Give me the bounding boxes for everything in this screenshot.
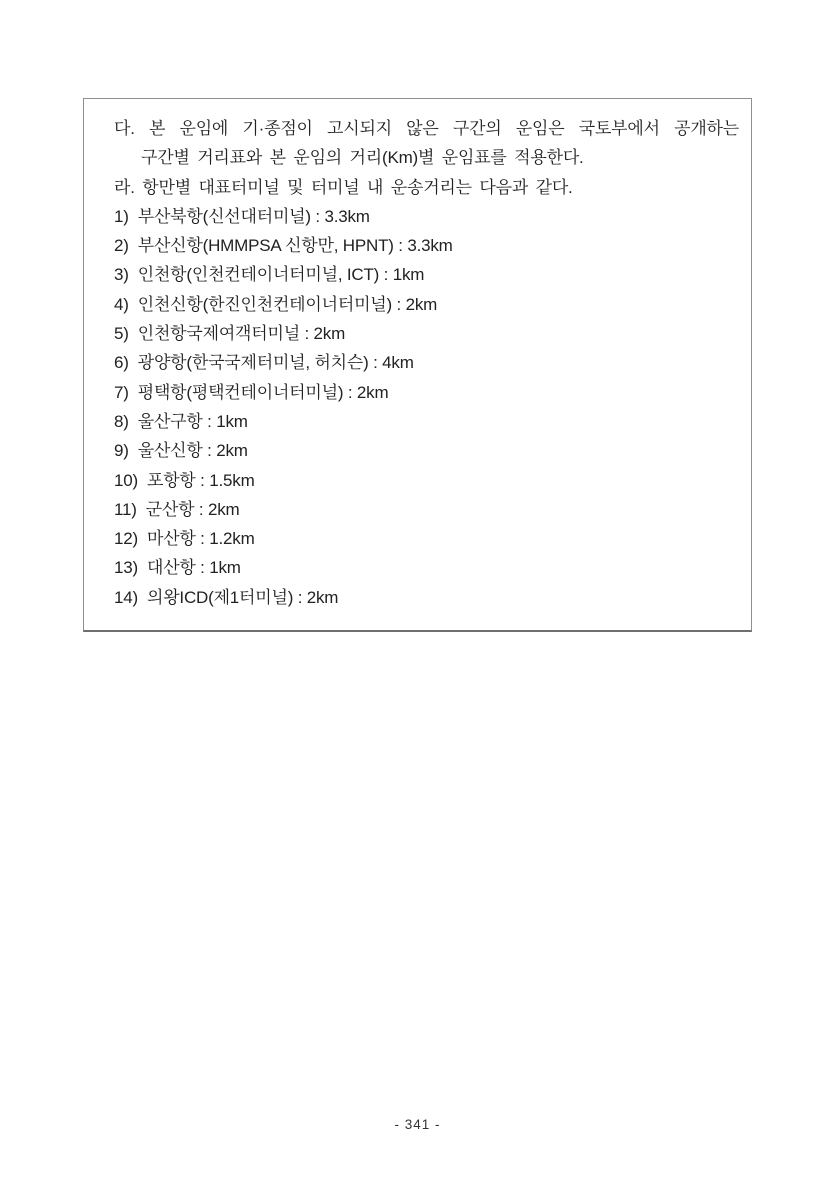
terminal-separator: :: [379, 265, 393, 284]
terminal-separator: :: [196, 529, 210, 548]
terminal-number: 11): [114, 495, 137, 524]
terminal-name: 평택항(평택컨테이너터미널): [138, 383, 344, 402]
page-number: - 341 -: [0, 1117, 835, 1132]
terminal-separator: :: [300, 324, 314, 343]
terminal-separator: :: [369, 353, 383, 372]
content-box: 다. 본 운임에 기·종점이 고시되지 않은 구간의 운임은 국토부에서 공개하…: [83, 98, 752, 632]
terminal-list-item: 4)인천신항(한진인천컨테이너터미널) : 2km: [114, 290, 739, 319]
terminal-number: 13): [114, 553, 138, 582]
terminal-name: 대산항: [147, 558, 196, 577]
terminal-name: 포항항: [147, 471, 196, 490]
terminal-distance: 2km: [208, 500, 240, 519]
terminal-number: 1): [114, 202, 129, 231]
terminal-distance: 2km: [216, 441, 248, 460]
terminal-list-item: 2)부산신항(HMMPSA 신항만, HPNT) : 3.3km: [114, 231, 739, 260]
terminal-name: 인천항국제여객터미널: [138, 324, 300, 343]
terminal-number: 9): [114, 436, 129, 465]
terminal-name: 광양항(한국국제터미널, 허치슨): [138, 353, 369, 372]
terminal-separator: :: [196, 558, 210, 577]
terminal-distance: 1km: [216, 412, 248, 431]
terminal-separator: :: [311, 207, 325, 226]
terminal-list-item: 1)부산북항(신선대터미널) : 3.3km: [114, 202, 739, 231]
paragraph-da-line1: 다. 본 운임에 기·종점이 고시되지 않은 구간의 운임은 국토부에서 공개하…: [114, 114, 739, 143]
terminal-separator: :: [343, 383, 357, 402]
terminal-list: 1)부산북항(신선대터미널) : 3.3km 2)부산신항(HMMPSA 신항만…: [114, 202, 739, 612]
terminal-list-item: 7)평택항(평택컨테이너터미널) : 2km: [114, 378, 739, 407]
terminal-distance: 2km: [314, 324, 346, 343]
terminal-number: 14): [114, 583, 138, 612]
terminal-name: 군산항: [146, 500, 195, 519]
paragraph-da: 다. 본 운임에 기·종점이 고시되지 않은 구간의 운임은 국토부에서 공개하…: [114, 114, 739, 173]
terminal-distance: 3.3km: [324, 207, 369, 226]
terminal-distance: 3.3km: [407, 236, 452, 255]
terminal-name: 울산구항: [138, 412, 203, 431]
terminal-number: 4): [114, 290, 129, 319]
paragraph-da-line2: 구간별 거리표와 본 운임의 거리(Km)별 운임표를 적용한다.: [141, 143, 739, 172]
terminal-list-item: 3)인천항(인천컨테이너터미널, ICT) : 1km: [114, 260, 739, 289]
terminal-list-item: 13)대산항 : 1km: [114, 553, 739, 582]
terminal-number: 5): [114, 319, 129, 348]
terminal-list-item: 12)마산항 : 1.2km: [114, 524, 739, 553]
terminal-distance: 2km: [357, 383, 389, 402]
terminal-list-item: 11)군산항 : 2km: [114, 495, 739, 524]
terminal-name: 부산북항(신선대터미널): [138, 207, 311, 226]
document-page: 다. 본 운임에 기·종점이 고시되지 않은 구간의 운임은 국토부에서 공개하…: [0, 0, 835, 1180]
terminal-number: 6): [114, 348, 129, 377]
terminal-name: 부산신항(HMMPSA 신항만, HPNT): [138, 236, 394, 255]
terminal-name: 의왕ICD(제1터미널): [147, 588, 293, 607]
terminal-separator: :: [394, 236, 408, 255]
terminal-distance: 2km: [406, 295, 438, 314]
paragraph-ra: 라. 항만별 대표터미널 및 터미널 내 운송거리는 다음과 같다.: [114, 173, 739, 202]
terminal-list-item: 5)인천항국제여객터미널 : 2km: [114, 319, 739, 348]
terminal-number: 2): [114, 231, 129, 260]
terminal-distance: 1.5km: [209, 471, 254, 490]
terminal-separator: :: [293, 588, 307, 607]
terminal-distance: 2km: [307, 588, 339, 607]
terminal-separator: :: [392, 295, 406, 314]
terminal-number: 7): [114, 378, 129, 407]
terminal-name: 인천신항(한진인천컨테이너터미널): [138, 295, 392, 314]
terminal-name: 마산항: [147, 529, 196, 548]
terminal-number: 10): [114, 466, 138, 495]
terminal-number: 12): [114, 524, 138, 553]
terminal-list-item: 6)광양항(한국국제터미널, 허치슨) : 4km: [114, 348, 739, 377]
terminal-separator: :: [203, 441, 217, 460]
terminal-list-item: 14)의왕ICD(제1터미널) : 2km: [114, 583, 739, 612]
terminal-name: 울산신항: [138, 441, 203, 460]
terminal-name: 인천항(인천컨테이너터미널, ICT): [138, 265, 379, 284]
terminal-separator: :: [194, 500, 208, 519]
terminal-number: 3): [114, 260, 129, 289]
terminal-distance: 4km: [382, 353, 414, 372]
terminal-distance: 1km: [393, 265, 425, 284]
terminal-list-item: 10)포항항 : 1.5km: [114, 466, 739, 495]
terminal-distance: 1km: [209, 558, 241, 577]
terminal-separator: :: [203, 412, 217, 431]
terminal-number: 8): [114, 407, 129, 436]
terminal-distance: 1.2km: [209, 529, 254, 548]
terminal-list-item: 8)울산구항 : 1km: [114, 407, 739, 436]
terminal-list-item: 9)울산신항 : 2km: [114, 436, 739, 465]
terminal-separator: :: [196, 471, 210, 490]
